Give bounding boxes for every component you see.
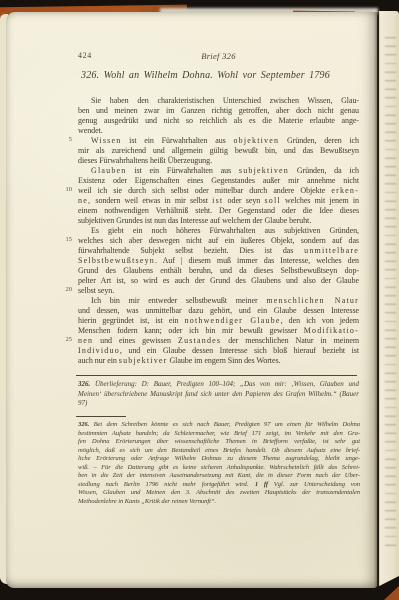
text-run: ben und meinen zwar im Ganzen richtig ge… — [78, 106, 359, 115]
text-run: Sie haben den charakteristischen Untersc… — [91, 96, 359, 105]
text-run: Vgl. zur Unterscheidung von — [268, 481, 360, 488]
text-run: mir als zureichend und allgemein gültig … — [78, 146, 359, 155]
text-line: Wissen, Glauben und Meinen den 3. Abschn… — [78, 489, 360, 498]
line-number: 10 — [54, 186, 72, 193]
text-line: wiß. – Für die Datierung gibt es keine s… — [78, 464, 360, 473]
text-line: 326. Überlieferung: D: Bauer, Predigten … — [78, 380, 359, 390]
text-run: Wissen, Glauben und Meinen den 3. Abschn… — [78, 489, 360, 496]
text-run: einem nothwendigen Verhältniß steht. Der… — [78, 206, 359, 215]
text-run: ist ein Fürwahrhalten aus — [121, 136, 233, 145]
text-run: Existenz oder Eigenschaften eines Gegens… — [78, 176, 359, 185]
text-run: subjektiven Grundes ist nun das Interess… — [78, 216, 311, 225]
text-line: liche Erörterung oder Anfrage Wilhelm Do… — [78, 455, 360, 464]
text-line: Sie haben den charakteristischen Untersc… — [78, 96, 359, 106]
line-number: 5 — [54, 136, 72, 143]
text-run: . Auf | diesem muß immer das Interesse, … — [155, 256, 359, 265]
commentary-divider — [76, 416, 126, 417]
text-line: wendet. — [78, 126, 359, 136]
text-line: fürwahrhaltende Subjekt selbst bezieht. … — [78, 246, 359, 256]
text-run: Überlieferung: D: Bauer, Predigten 100–1… — [90, 380, 359, 388]
text-run: selbst seyn. — [78, 286, 114, 295]
text-line: Meinen‘ überschriebene Manuskript fand s… — [78, 390, 359, 400]
text-run: Selbstbewußtseyn — [78, 256, 155, 265]
text-run: , und ein Glaube dessen Interesse sich b… — [120, 346, 359, 355]
commentary-block: 326. Bei dem Schreiben könnte es sich na… — [78, 421, 360, 506]
text-run: Menschen fodern kann; oder ich bin mir b… — [78, 326, 304, 335]
text-run: auch nur ein — [78, 356, 119, 365]
text-run: Meinen‘ überschriebene Manuskript fand s… — [78, 390, 359, 398]
text-run: oder seyn — [223, 196, 264, 205]
text-run: welches sich aber deswegen nicht auf ein… — [78, 236, 359, 245]
letter-heading: 326. Wohl an Wilhelm Dohna. Wohl vor Sep… — [78, 70, 362, 81]
text-run: ist — [212, 196, 223, 205]
text-run: pelter Art ist, so wird es auch der Grun… — [78, 276, 359, 285]
text-line: Ich bin mir entweder selbstbewußt meiner… — [78, 296, 359, 306]
text-run: 326. — [78, 380, 90, 388]
book-gutter — [374, 12, 380, 588]
text-run: liche Erörterung oder Anfrage Wilhelm Do… — [78, 455, 360, 462]
text-run: 1 ff — [255, 481, 268, 488]
text-run: dieses Fürwahrhaltens heißt Überzeugung. — [78, 156, 212, 165]
text-line: bestimmten Aufsatz handeln; da Schleierm… — [78, 430, 360, 439]
text-run: erken- — [331, 186, 359, 195]
text-line: mir als zureichend und allgemein gültig … — [78, 146, 359, 156]
text-run: Zustandes — [178, 336, 221, 345]
line-number: 15 — [54, 236, 72, 243]
text-run: siedlung nach Berlin 1796 nicht mehr for… — [78, 481, 255, 488]
text-run: menschlichen Natur — [266, 296, 359, 305]
text-run: Ich bin mir entweder selbstbewußt meiner — [91, 296, 266, 305]
line-number: 25 — [54, 336, 72, 343]
text-line: subjektiven Grundes ist nun das Interess… — [78, 216, 359, 226]
text-line: pelter Art ist, so wird es auch der Grun… — [78, 276, 359, 286]
text-line: ben in die Zeit der intensiven Auseinand… — [78, 472, 360, 481]
text-run: Bei dem Schreiben könnte es sich nach Ba… — [89, 421, 360, 428]
text-run: , den ich von jedem — [281, 316, 359, 325]
text-run: sondern weil etwas in mir selbst — [91, 196, 212, 205]
text-run: objektiven — [233, 136, 279, 145]
text-run: Glaube im engern Sinn des Wortes. — [168, 356, 281, 365]
text-line: 97) — [78, 399, 359, 409]
text-run: Methodenlehre in Kants „Kritik der reine… — [78, 498, 216, 505]
text-line: selbst seyn. — [78, 286, 359, 296]
text-line: Wissen ist ein Fürwahrhalten aus objekti… — [78, 136, 359, 146]
text-line: Methodenlehre in Kants „Kritik der reine… — [78, 498, 360, 507]
text-run: subjektiven — [239, 166, 289, 175]
text-run: fen Dohna Erörterungen über wissenschaft… — [78, 438, 360, 445]
text-run: ben in die Zeit der intensiven Auseinand… — [78, 472, 360, 479]
text-run: 326. — [78, 421, 89, 428]
line-number: 20 — [54, 286, 72, 293]
text-run: genug ausgedrükt und nicht so reichlich … — [78, 116, 359, 125]
text-line: möglich, daß es sich um den Bestandteil … — [78, 447, 360, 456]
text-run: Gründen, da ich — [289, 166, 359, 175]
text-line: Individuo, und ein Glaube dessen Interes… — [78, 346, 359, 356]
text-line: ne, sondern weil etwas in mir selbst ist… — [78, 196, 359, 206]
text-run: der menschlichen Natur in meinem — [221, 336, 359, 345]
text-line: Es giebt ein noch höheres Fürwahrhalten … — [78, 226, 359, 236]
text-line: Existenz oder Eigenschaften eines Gegens… — [78, 176, 359, 186]
text-run: weil ich sie durch sich selbst oder mitt… — [78, 186, 331, 195]
text-run: unmittelbare — [304, 246, 359, 255]
text-run: möglich, daß es sich um den Bestandteil … — [78, 447, 360, 454]
text-run: ist ein Fürwahrhalten aus — [127, 166, 239, 175]
text-run: 97) — [78, 399, 87, 407]
text-run: soll — [264, 196, 280, 205]
text-line: auch nur ein subjektiver Glaube im enger… — [78, 356, 359, 366]
text-line: einem nothwendigen Verhältniß steht. Der… — [78, 206, 359, 216]
text-line: welches sich aber deswegen nicht auf ein… — [78, 236, 359, 246]
text-run: nen — [78, 336, 93, 345]
text-run: Individuo — [78, 346, 120, 355]
text-line: und dessen, was unmittelbar dazu gehört,… — [78, 306, 359, 316]
text-line: Menschen fodern kann; oder ich bin mir b… — [78, 326, 359, 336]
text-run: und dessen, was unmittelbar dazu gehört,… — [78, 306, 359, 315]
text-line: dieses Fürwahrhaltens heißt Überzeugung. — [78, 156, 359, 166]
text-line: nen und eines gewissen Zustandes der men… — [78, 336, 359, 346]
text-line: siedlung nach Berlin 1796 nicht mehr for… — [78, 481, 360, 490]
text-run: hierin gegründet ist, ist ein — [78, 316, 185, 325]
text-line: fen Dohna Erörterungen über wissenschaft… — [78, 438, 360, 447]
letter-body: Sie haben den charakteristischen Untersc… — [78, 96, 359, 366]
text-run: bestimmten Aufsatz handeln; da Schleierm… — [78, 430, 360, 437]
text-run: Grund des Glaubens enthält beruhn, und d… — [78, 266, 359, 275]
text-run: Gründen, deren ich — [279, 136, 359, 145]
running-head: Brief 326 — [78, 51, 359, 61]
text-run: Modifikatio- — [304, 326, 359, 335]
apparatus-divider — [76, 375, 357, 376]
text-line: Selbstbewußtseyn. Auf | diesem muß immer… — [78, 256, 359, 266]
text-run: fürwahrhaltende Subjekt selbst bezieht. … — [78, 246, 304, 255]
text-run: subjektiver — [119, 356, 168, 365]
text-line: hierin gegründet ist, ist ein nothwendig… — [78, 316, 359, 326]
text-run: und eines gewissen — [93, 336, 178, 345]
text-run: Glauben — [91, 166, 127, 175]
text-run: wendet. — [78, 126, 103, 135]
ueberlieferung-block: 326. Überlieferung: D: Bauer, Predigten … — [78, 380, 359, 409]
text-line: Glauben ist ein Fürwahrhalten aus subjek… — [78, 166, 359, 176]
text-line: ben und meinen zwar im Ganzen richtig ge… — [78, 106, 359, 116]
text-run: ne, — [78, 196, 91, 205]
text-run: welches mit jenem in — [281, 196, 359, 205]
text-line: weil ich sie durch sich selbst oder mitt… — [78, 186, 359, 196]
text-line: genug ausgedrükt und nicht so reichlich … — [78, 116, 359, 126]
text-line: Grund des Glaubens enthält beruhn, und d… — [78, 266, 359, 276]
facing-page-edge — [379, 11, 399, 588]
text-run: Wissen — [91, 136, 121, 145]
text-run: nothwendiger Glaube — [185, 316, 281, 325]
text-run: Es giebt ein noch höheres Fürwahrhalten … — [91, 226, 359, 235]
text-run: wiß. – Für die Datierung gibt es keine s… — [78, 464, 360, 471]
text-line: 326. Bei dem Schreiben könnte es sich na… — [78, 421, 360, 430]
